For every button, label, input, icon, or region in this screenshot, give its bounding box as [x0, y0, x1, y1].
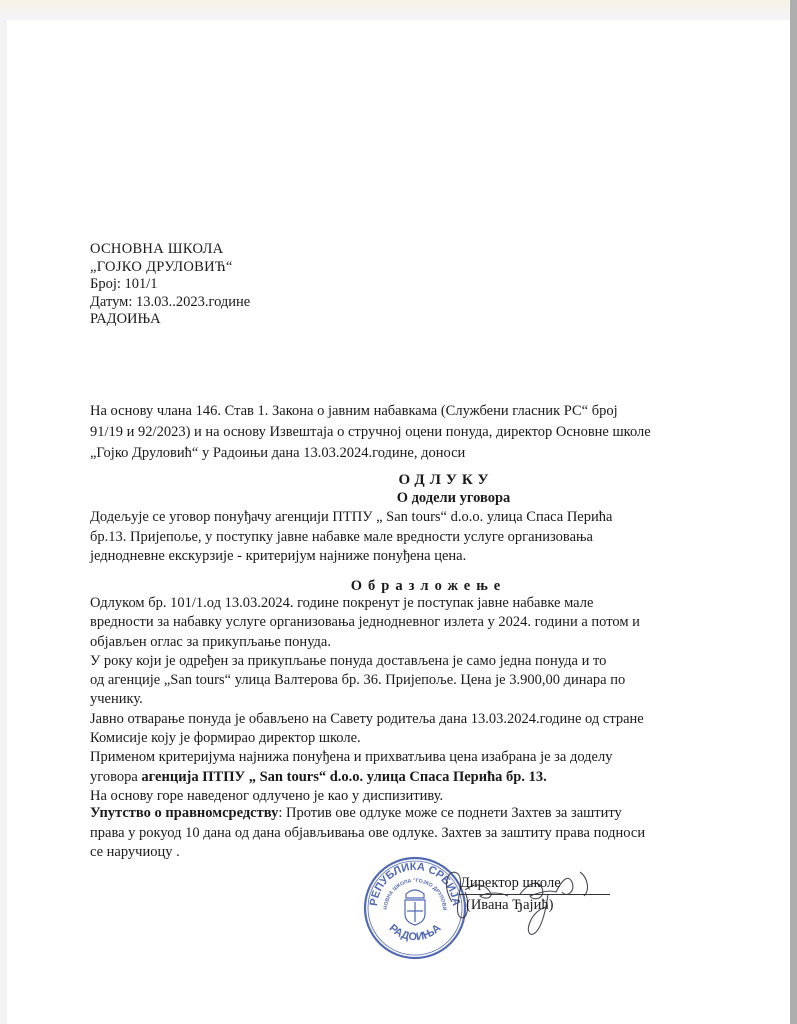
award-line: уговора агенција ПТПУ „ San tours“ d.o.o… — [90, 768, 740, 787]
reasoning-line: објављен оглас за прикупљање понуда. — [90, 633, 740, 652]
reasoning-paragraph: Одлуком бр. 101/1.од 13.03.2024. године … — [90, 594, 740, 806]
remedy-text: : Против ове одлуке може се поднети Захт… — [278, 805, 621, 821]
intro-line: На основу члана 146. Став 1. Закона о ја… — [90, 401, 730, 422]
remedy-label: Упутство о правномсредству — [90, 805, 278, 821]
document-date: Датум: 13.03..2023.године — [90, 294, 250, 312]
remedy-line: права у рокуод 10 дана од дана објављива… — [90, 824, 740, 844]
awarded-agency: агенција ПТПУ „ San tours“ d.o.o. улица … — [141, 769, 546, 785]
reasoning-line: вредности за набавку услуге организовања… — [90, 613, 740, 632]
reasoning-line: од агенције „San tours“ улица Валтерова … — [90, 671, 740, 690]
decision-title: ОДЛУКУ — [0, 472, 797, 489]
decision-line: једнодневне екскурзије - критеријум најн… — [90, 547, 740, 567]
intro-line: „Гојко Друловић“ у Радоињи дана 13.03.20… — [90, 443, 730, 464]
school-name: ОСНОВНА ШКОЛА — [90, 241, 250, 259]
reasoning-title: Образложење — [0, 578, 797, 595]
school-name-quoted: „ГОЈКО ДРУЛОВИЋ“ — [90, 259, 250, 277]
signature-line — [460, 894, 610, 895]
reasoning-line: Комисије коју је формирао директор школе… — [90, 729, 740, 748]
signatory-name: (Ивана Ђајић) — [460, 894, 561, 916]
decision-line: бр.13. Пријепоље, у поступку јавне набав… — [90, 528, 740, 548]
reasoning-line: ученику. — [90, 690, 740, 709]
left-margin — [0, 20, 7, 1024]
coat-of-arms-icon — [405, 890, 425, 925]
decision-line: Додељује се уговор понуђачу агенцији ПТП… — [90, 508, 740, 528]
intro-paragraph: На основу члана 146. Став 1. Закона о ја… — [90, 401, 730, 464]
scrollbar-track[interactable] — [790, 0, 797, 1024]
signature-block: Директор школе (Ивана Ђајић) — [460, 872, 561, 916]
document-number: Број: 101/1 — [90, 276, 250, 294]
top-bar — [0, 0, 797, 20]
reasoning-line: У року који је одређен за прикупљање пон… — [90, 652, 740, 671]
decision-subtitle: О додели уговора — [0, 490, 797, 507]
decision-paragraph: Додељује се уговор понуђачу агенцији ПТП… — [90, 508, 740, 567]
document-header: ОСНОВНА ШКОЛА „ГОЈКО ДРУЛОВИЋ“ Број: 101… — [90, 241, 250, 329]
reasoning-line: Применом критеријума најнижа понуђена и … — [90, 748, 740, 767]
signatory-role: Директор школе — [460, 872, 561, 894]
intro-line: 91/19 и 92/2023) и на основу Извештаја о… — [90, 422, 730, 443]
legal-remedy-paragraph: Упутство о правномсредству: Против ове о… — [90, 804, 740, 863]
reasoning-line: Одлуком бр. 101/1.од 13.03.2024. године … — [90, 594, 740, 613]
award-prefix: уговора — [90, 769, 141, 785]
remedy-line: Упутство о правномсредству: Против ове о… — [90, 804, 740, 824]
reasoning-line: Јавно отварање понуда је обављено на Сав… — [90, 710, 740, 729]
document-place: РАДОИЊА — [90, 311, 250, 329]
